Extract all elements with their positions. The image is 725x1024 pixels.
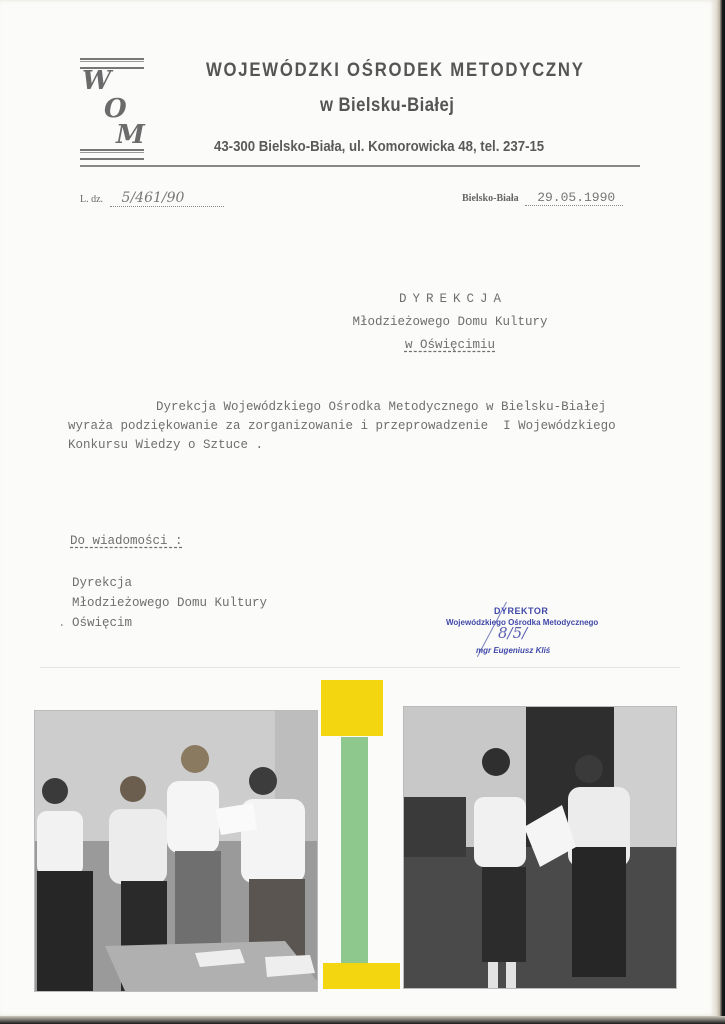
stamp-title: DYREKTOR (494, 606, 548, 616)
page-fold-line (40, 667, 680, 668)
decorative-yellow-block (323, 963, 400, 989)
reference-label: L. dz. (80, 194, 103, 205)
addressee-title: DYREKCJA (340, 288, 560, 311)
date-value: 29.05.1990 (525, 190, 623, 206)
letter-body: Dyrekcja Wojewódzkiego Ośrodka Metodyczn… (68, 398, 668, 455)
reference-value: 5/461/90 (110, 190, 224, 207)
photo-left-image (35, 711, 317, 991)
stamp-name: mgr Eugeniusz Kliś (476, 646, 550, 655)
album-page-bottom-edge (0, 1016, 725, 1024)
margin-dot: . (58, 616, 66, 630)
logo-letter-m: M (116, 122, 145, 148)
copy-to-line: Dyrekcja (72, 573, 267, 593)
addressee-institution: Młodzieżowego Domu Kultury (340, 311, 560, 334)
copy-to-heading: Do wiadomości : (70, 534, 183, 548)
organization-address: 43-300 Bielsko-Biała, ul. Komorowicka 48… (214, 138, 544, 155)
photo-right-image (404, 707, 676, 988)
place-label: Bielsko-Biała (462, 193, 519, 204)
logo-letter-w: W (82, 68, 111, 94)
photo-award-handover (403, 706, 677, 989)
copy-to-label: Do wiadomości : (70, 534, 183, 548)
decorative-yellow-block (321, 680, 383, 736)
copy-to-line: Młodzieżowego Domu Kultury (72, 593, 267, 613)
logo-rule-bottom (80, 149, 144, 160)
wom-logo: W O M (80, 58, 144, 160)
logo-letter-o: O (104, 96, 127, 122)
body-line: Konkursu Wiedzy o Sztuce . (68, 436, 668, 455)
reference-number: L. dz. 5/461/90 (80, 190, 224, 207)
decorative-green-bar (341, 737, 368, 965)
photo-award-ceremony-group (34, 710, 318, 992)
organization-city: w Bielsku-Białej (320, 95, 454, 117)
place-date: Bielsko-Biała 29.05.1990 (462, 190, 623, 206)
album-page-edge (716, 0, 725, 1024)
body-line: wyraża podziękowanie za zorganizowanie i… (68, 417, 668, 436)
letterhead-divider (80, 165, 640, 167)
copy-to-line: Oświęcim (72, 613, 267, 633)
handwritten-signature: 8/5/ (498, 624, 527, 642)
body-line: Dyrekcja Wojewódzkiego Ośrodka Metodyczn… (68, 398, 668, 417)
copy-to-list: Dyrekcja Młodzieżowego Domu Kultury Oświ… (72, 573, 267, 633)
addressee-block: DYREKCJA Młodzieżowego Domu Kultury w Oś… (340, 288, 560, 357)
addressee-place: w Oświęcimiu (340, 334, 560, 357)
organization-name: WOJEWÓDZKI OŚRODEK METODYCZNY (206, 60, 558, 82)
